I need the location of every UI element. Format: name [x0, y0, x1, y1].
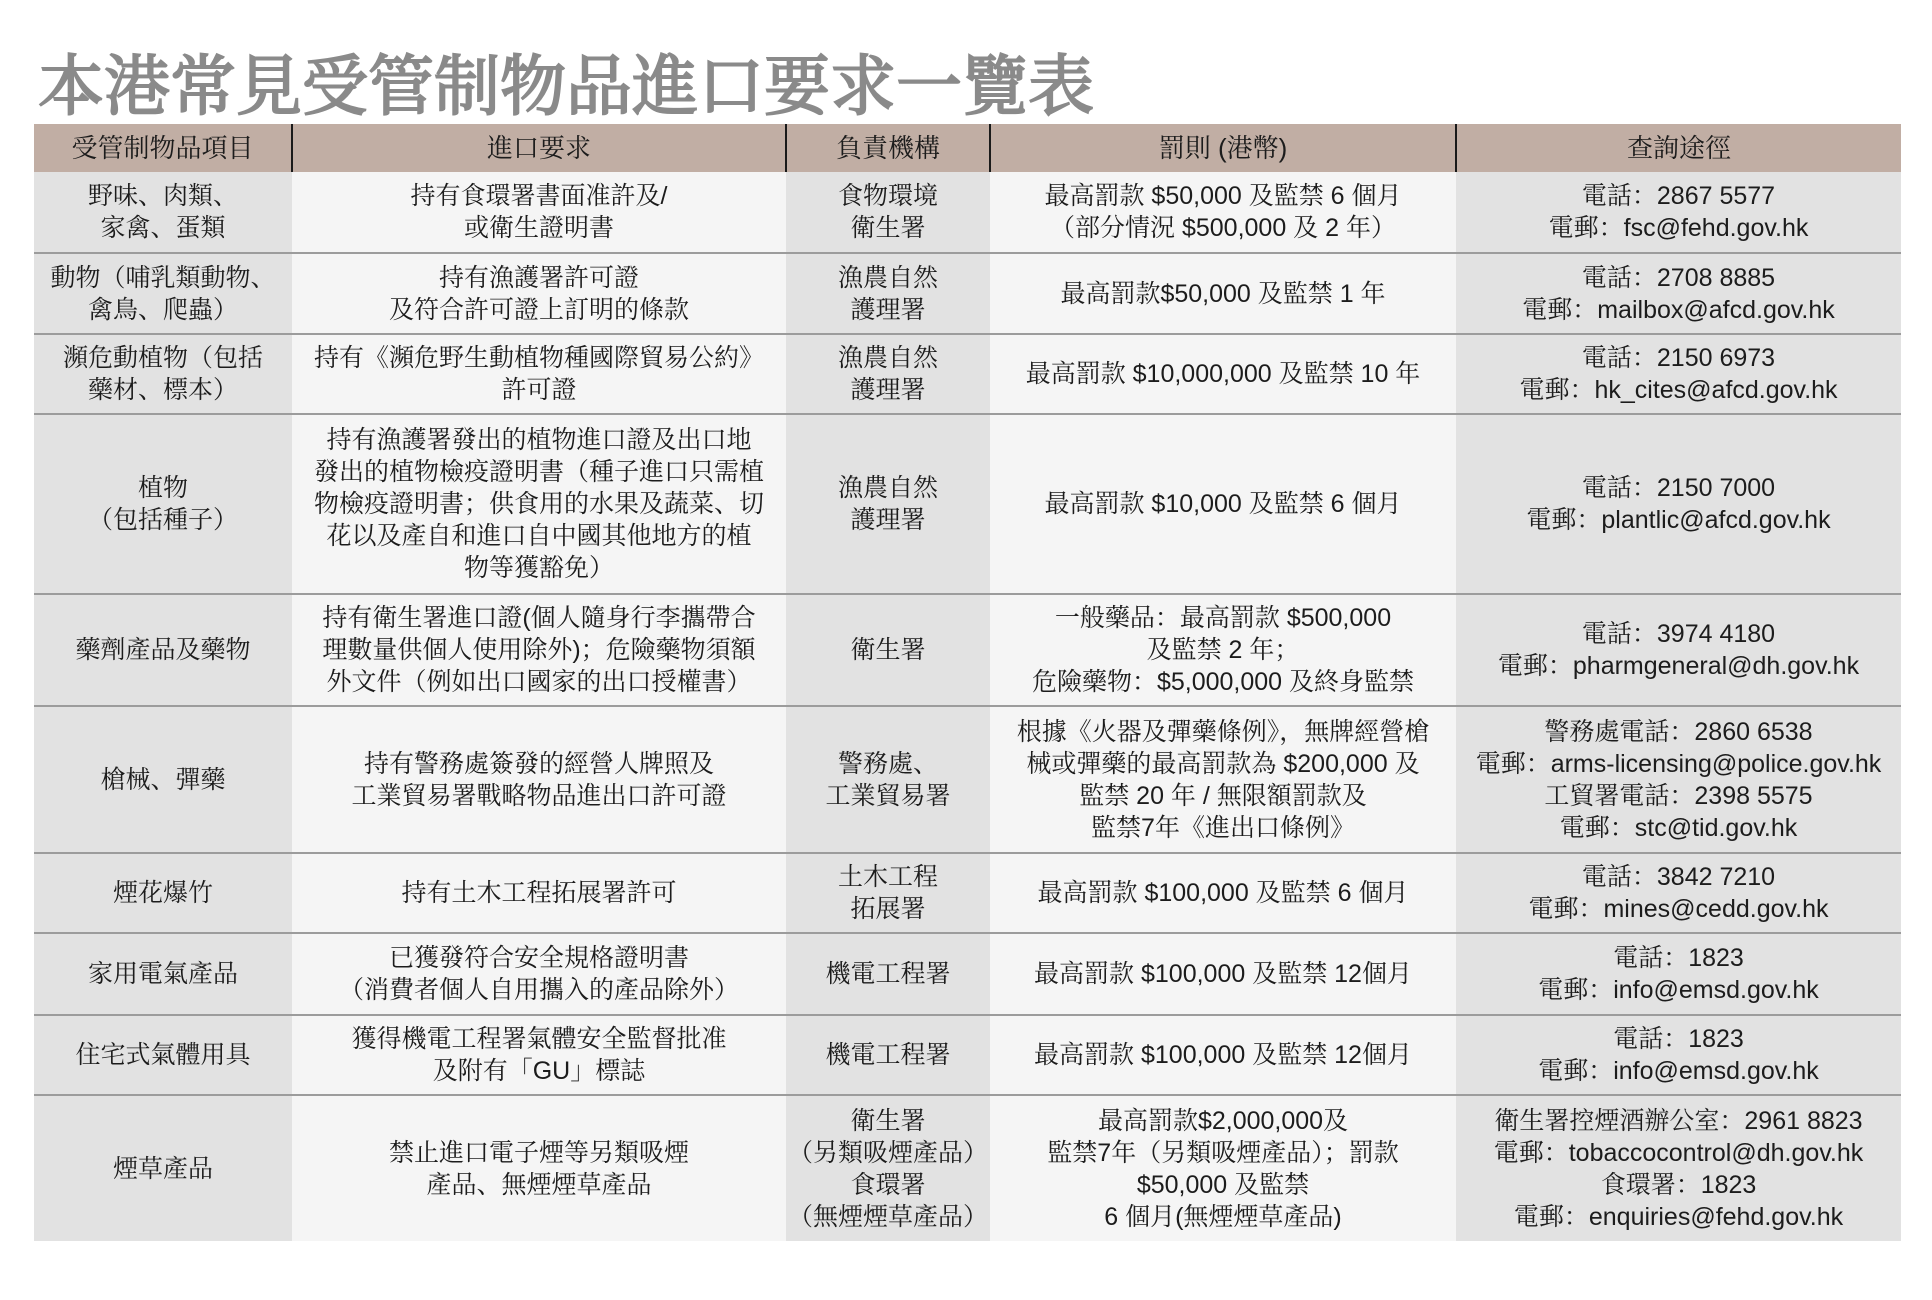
cell-authority: 土木工程 拓展署 [786, 853, 990, 933]
cell-penalty: 最高罰款$50,000 及監禁 1 年 [990, 253, 1456, 334]
cell-authority: 衛生署 （另類吸煙產品） 食環署 （無煙煙草產品） [786, 1095, 990, 1241]
cell-item: 槍械、彈藥 [34, 706, 292, 853]
column-header-item: 受管制物品項目 [34, 124, 292, 172]
cell-authority: 衛生署 [786, 594, 990, 706]
column-header-penalty: 罰則 (港幣) [990, 124, 1456, 172]
cell-requirement: 持有衛生署進口證(個人隨身行李攜帶合 理數量供個人使用除外)；危險藥物須額 外文… [292, 594, 786, 706]
cell-requirement: 持有食環署書面准許及/ 或衛生證明書 [292, 172, 786, 253]
cell-requirement: 持有《瀕危野生動植物種國際貿易公約》 許可證 [292, 334, 786, 414]
cell-authority: 機電工程署 [786, 933, 990, 1015]
cell-contact: 電話：1823 電郵：info@emsd.gov.hk [1456, 933, 1901, 1015]
cell-penalty: 最高罰款 $100,000 及監禁 6 個月 [990, 853, 1456, 933]
cell-contact: 電話：2150 6973 電郵：hk_cites@afcd.gov.hk [1456, 334, 1901, 414]
table-row: 家用電氣產品 已獲發符合安全規格證明書 （消費者個人自用攜入的產品除外） 機電工… [34, 933, 1901, 1015]
cell-authority: 漁農自然 護理署 [786, 253, 990, 334]
cell-item: 動物（哺乳類動物、 禽鳥、爬蟲） [34, 253, 292, 334]
cell-requirement: 持有漁護署發出的植物進口證及出口地 發出的植物檢疫證明書（種子進口只需植 物檢疫… [292, 414, 786, 594]
cell-authority: 食物環境 衛生署 [786, 172, 990, 253]
cell-requirement: 持有漁護署許可證 及符合許可證上訂明的條款 [292, 253, 786, 334]
cell-contact: 警務處電話：2860 6538 電郵：arms-licensing@police… [1456, 706, 1901, 853]
cell-item: 植物 （包括種子） [34, 414, 292, 594]
table-row: 瀕危動植物（包括 藥材、標本） 持有《瀕危野生動植物種國際貿易公約》 許可證 漁… [34, 334, 1901, 414]
column-header-contact: 查詢途徑 [1456, 124, 1901, 172]
cell-contact: 電話：2708 8885 電郵：mailbox@afcd.gov.hk [1456, 253, 1901, 334]
cell-penalty: 最高罰款 $50,000 及監禁 6 個月 （部分情況 $500,000 及 2… [990, 172, 1456, 253]
cell-contact: 電話：2867 5577 電郵：fsc@fehd.gov.hk [1456, 172, 1901, 253]
table-row: 槍械、彈藥 持有警務處簽發的經營人牌照及 工業貿易署戰略物品進出口許可證 警務處… [34, 706, 1901, 853]
cell-requirement: 已獲發符合安全規格證明書 （消費者個人自用攜入的產品除外） [292, 933, 786, 1015]
cell-item: 煙花爆竹 [34, 853, 292, 933]
cell-contact: 電話：1823 電郵：info@emsd.gov.hk [1456, 1015, 1901, 1095]
table-row: 藥劑產品及藥物 持有衛生署進口證(個人隨身行李攜帶合 理數量供個人使用除外)；危… [34, 594, 1901, 706]
column-header-authority: 負責機構 [786, 124, 990, 172]
cell-item: 藥劑產品及藥物 [34, 594, 292, 706]
cell-item: 煙草產品 [34, 1095, 292, 1241]
table-row: 動物（哺乳類動物、 禽鳥、爬蟲） 持有漁護署許可證 及符合許可證上訂明的條款 漁… [34, 253, 1901, 334]
table-row: 野味、肉類、 家禽、蛋類 持有食環署書面准許及/ 或衛生證明書 食物環境 衛生署… [34, 172, 1901, 253]
table-row: 住宅式氣體用具 獲得機電工程署氣體安全監督批准 及附有「GU」標誌 機電工程署 … [34, 1015, 1901, 1095]
cell-requirement: 持有土木工程拓展署許可 [292, 853, 786, 933]
cell-penalty: 最高罰款$2,000,000及 監禁7年（另類吸煙產品）；罰款 $50,000 … [990, 1095, 1456, 1241]
cell-requirement: 持有警務處簽發的經營人牌照及 工業貿易署戰略物品進出口許可證 [292, 706, 786, 853]
cell-penalty: 最高罰款 $10,000 及監禁 6 個月 [990, 414, 1456, 594]
cell-penalty: 最高罰款 $100,000 及監禁 12個月 [990, 1015, 1456, 1095]
cell-contact: 衛生署控煙酒辦公室：2961 8823 電郵：tobaccocontrol@dh… [1456, 1095, 1901, 1241]
cell-contact: 電話：2150 7000 電郵：plantlic@afcd.gov.hk [1456, 414, 1901, 594]
cell-authority: 漁農自然 護理署 [786, 414, 990, 594]
table-header-row: 受管制物品項目 進口要求 負責機構 罰則 (港幣) 查詢途徑 [34, 124, 1901, 172]
cell-penalty: 根據《火器及彈藥條例》，無牌經營槍 械或彈藥的最高罰款為 $200,000 及 … [990, 706, 1456, 853]
cell-item: 野味、肉類、 家禽、蛋類 [34, 172, 292, 253]
cell-authority: 機電工程署 [786, 1015, 990, 1095]
cell-penalty: 一般藥品：最高罰款 $500,000 及監禁 2 年； 危險藥物：$5,000,… [990, 594, 1456, 706]
cell-authority: 漁農自然 護理署 [786, 334, 990, 414]
table-row: 煙草產品 禁止進口電子煙等另類吸煙 產品、無煙煙草產品 衛生署 （另類吸煙產品）… [34, 1095, 1901, 1241]
cell-contact: 電話：3974 4180 電郵：pharmgeneral@dh.gov.hk [1456, 594, 1901, 706]
cell-requirement: 禁止進口電子煙等另類吸煙 產品、無煙煙草產品 [292, 1095, 786, 1241]
cell-item: 家用電氣產品 [34, 933, 292, 1015]
cell-item: 瀕危動植物（包括 藥材、標本） [34, 334, 292, 414]
column-header-requirement: 進口要求 [292, 124, 786, 172]
cell-contact: 電話：3842 7210 電郵：mines@cedd.gov.hk [1456, 853, 1901, 933]
page-title: 本港常見受管制物品進口要求一覽表 [38, 44, 1094, 128]
cell-authority: 警務處、 工業貿易署 [786, 706, 990, 853]
cell-penalty: 最高罰款 $10,000,000 及監禁 10 年 [990, 334, 1456, 414]
cell-item: 住宅式氣體用具 [34, 1015, 292, 1095]
import-requirements-table: 受管制物品項目 進口要求 負責機構 罰則 (港幣) 查詢途徑 野味、肉類、 家禽… [34, 124, 1901, 1241]
cell-requirement: 獲得機電工程署氣體安全監督批准 及附有「GU」標誌 [292, 1015, 786, 1095]
table-row: 煙花爆竹 持有土木工程拓展署許可 土木工程 拓展署 最高罰款 $100,000 … [34, 853, 1901, 933]
table-row: 植物 （包括種子） 持有漁護署發出的植物進口證及出口地 發出的植物檢疫證明書（種… [34, 414, 1901, 594]
cell-penalty: 最高罰款 $100,000 及監禁 12個月 [990, 933, 1456, 1015]
